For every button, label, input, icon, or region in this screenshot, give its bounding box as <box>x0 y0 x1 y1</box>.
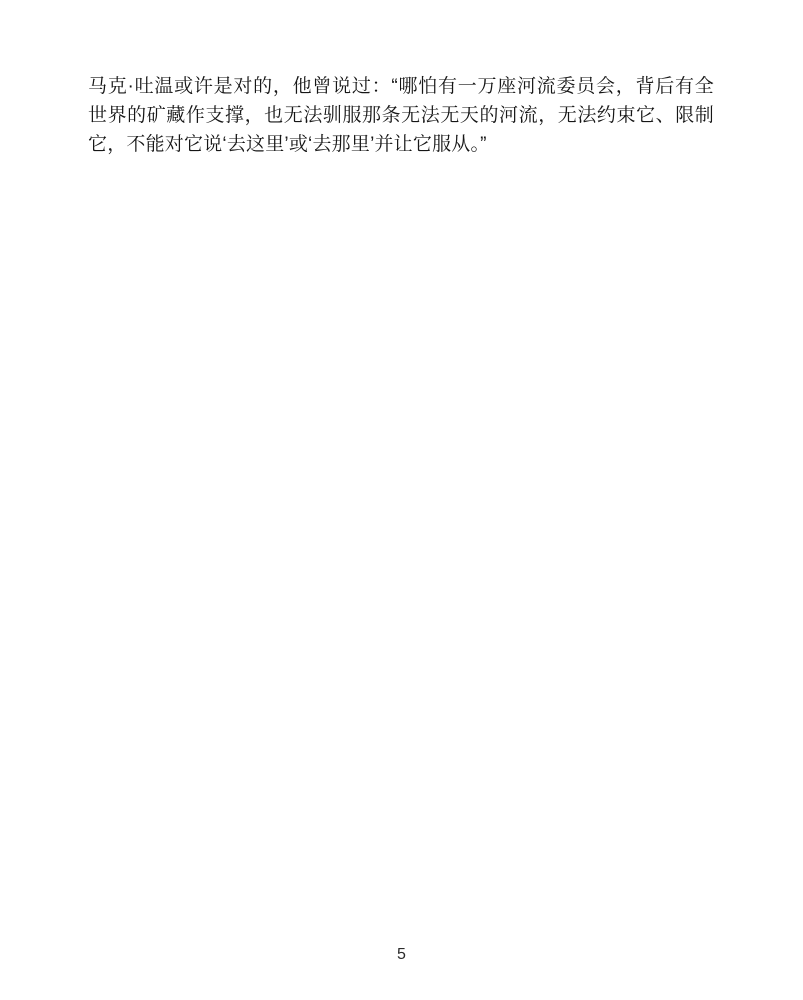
document-page: 马克·吐温或许是对的，他曾说过：“哪怕有一万座河流委员会，背后有全世界的矿藏作支… <box>0 0 803 1000</box>
paragraph-quote: 马克·吐温或许是对的，他曾说过：“哪怕有一万座河流委员会，背后有全世界的矿藏作支… <box>88 72 714 159</box>
page-number: 5 <box>0 946 803 964</box>
